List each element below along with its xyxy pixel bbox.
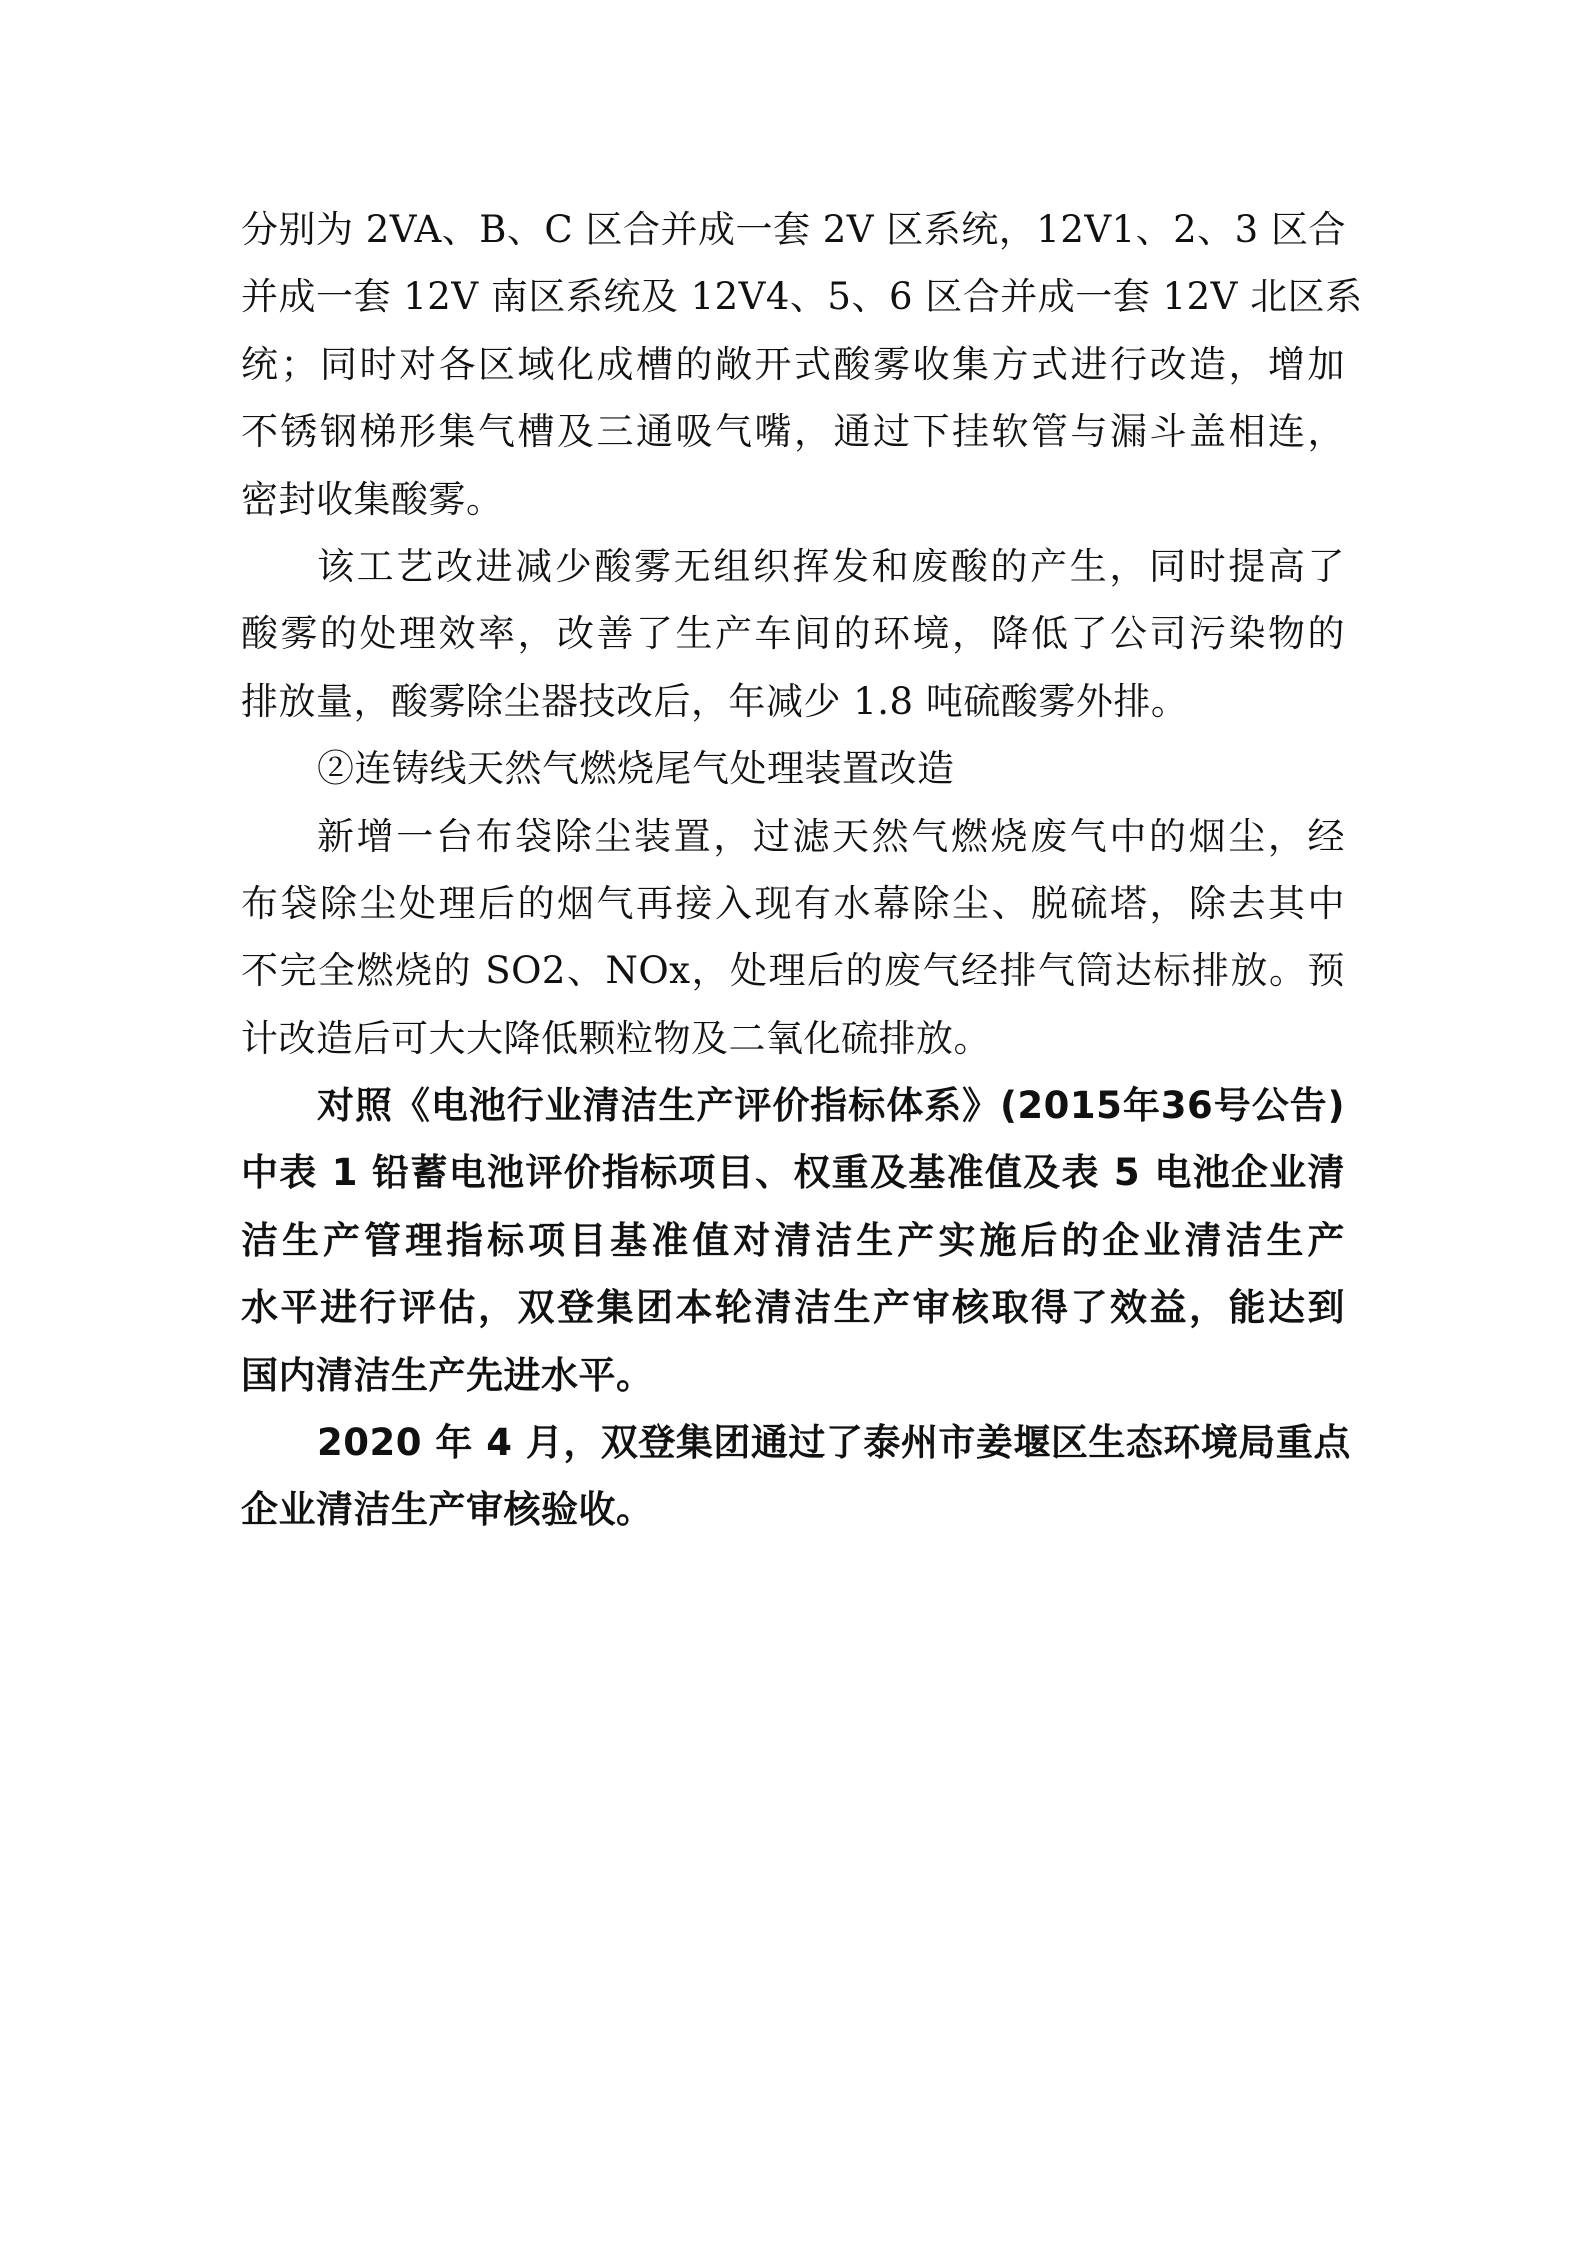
text-line: 并成一套 12V 南区系统及 12V4、5、6 区合并成一套 12V 北区系 xyxy=(241,263,1345,330)
text-line: 中表 1 铅蓄电池评价指标项目、权重及基准值及表 5 电池企业清 xyxy=(241,1139,1345,1206)
text-line: 企业清洁生产审核验收。 xyxy=(241,1476,1345,1543)
text-line: 对照《电池行业清洁生产评价指标体系》(2015年36号公告) xyxy=(241,1072,1345,1139)
paragraph-clean-production-evaluation: 对照《电池行业清洁生产评价指标体系》(2015年36号公告) 中表 1 铅蓄电池… xyxy=(241,1072,1345,1409)
text-line: 2020 年 4 月，双登集团通过了泰州市姜堰区生态环境局重点 xyxy=(241,1409,1345,1476)
text-line: 分别为 2VA、B、C 区合并成一套 2V 区系统，12V1、2、3 区合 xyxy=(241,196,1345,263)
text-line: 不锈钢梯形集气槽及三通吸气嘴，通过下挂软管与漏斗盖相连， xyxy=(241,398,1345,465)
text-line: 酸雾的处理效率，改善了生产车间的环境，降低了公司污染物的 xyxy=(241,600,1345,667)
text-line: 洁生产管理指标项目基准值对清洁生产实施后的企业清洁生产 xyxy=(241,1207,1345,1274)
text-line: 统；同时对各区域化成槽的敞开式酸雾收集方式进行改造，增加 xyxy=(241,331,1345,398)
heading-text: ②连铸线天然气燃烧尾气处理装置改造 xyxy=(241,735,1345,802)
text-line: 新增一台布袋除尘装置，过滤天然气燃烧废气中的烟尘，经 xyxy=(241,803,1345,870)
text-line: 水平进行评估，双登集团本轮清洁生产审核取得了效益，能达到 xyxy=(241,1274,1345,1341)
text-line: 布袋除尘处理后的烟气再接入现有水幕除尘、脱硫塔，除去其中 xyxy=(241,870,1345,937)
paragraph-acid-mist-system: 分别为 2VA、B、C 区合并成一套 2V 区系统，12V1、2、3 区合 并成… xyxy=(241,196,1345,533)
paragraph-bag-dust-collector: 新增一台布袋除尘装置，过滤天然气燃烧废气中的烟尘，经 布袋除尘处理后的烟气再接入… xyxy=(241,803,1345,1073)
text-line: 国内清洁生产先进水平。 xyxy=(241,1342,1345,1409)
text-line: 不完全燃烧的 SO2、NOx，处理后的废气经排气筒达标排放。预 xyxy=(241,937,1345,1004)
text-line: 计改造后可大大降低颗粒物及二氧化硫排放。 xyxy=(241,1005,1345,1072)
section-heading-casting-line-exhaust: ②连铸线天然气燃烧尾气处理装置改造 xyxy=(241,735,1345,802)
text-line: 密封收集酸雾。 xyxy=(241,466,1345,533)
text-line: 该工艺改进减少酸雾无组织挥发和废酸的产生，同时提高了 xyxy=(241,533,1345,600)
paragraph-process-improvement-effect: 该工艺改进减少酸雾无组织挥发和废酸的产生，同时提高了 酸雾的处理效率，改善了生产… xyxy=(241,533,1345,735)
text-line: 排放量，酸雾除尘器技改后，年减少 1.8 吨硫酸雾外排。 xyxy=(241,668,1345,735)
document-page: 分别为 2VA、B、C 区合并成一套 2V 区系统，12V1、2、3 区合 并成… xyxy=(0,0,1587,2245)
body-text: 分别为 2VA、B、C 区合并成一套 2V 区系统，12V1、2、3 区合 并成… xyxy=(241,196,1345,1544)
paragraph-audit-acceptance: 2020 年 4 月，双登集团通过了泰州市姜堰区生态环境局重点 企业清洁生产审核… xyxy=(241,1409,1345,1544)
